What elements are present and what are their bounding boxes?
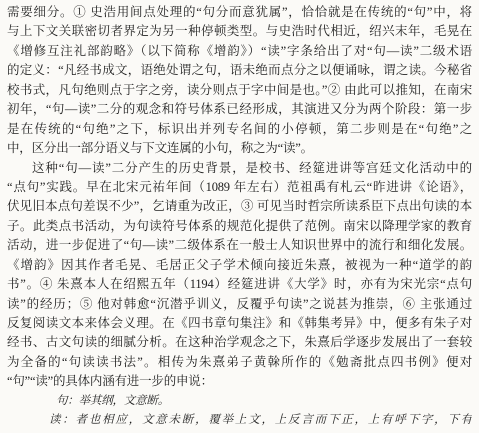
text-line: “句”“读”的具体内涵有进一步的申说： <box>7 372 472 391</box>
text-line: 《增韵》因其作者毛晃、毛居正父子学术倾向接近朱熹，被视为一种“道学的韵 <box>7 256 472 275</box>
text-line: 为全备的“句读读书法”。相传为朱熹弟子黄榦所作的《勉斋批点四书例》便对 <box>7 353 472 372</box>
text-line: 读”的经历；⑤ 他对韩愈“沉潜乎训义，反覆乎句读”之说甚为推崇，⑥ 主张通过 <box>7 295 472 314</box>
text-line: 书”。④ 朱熹本人在绍熙五年（1194）经筵进讲《大学》时，亦有为宋光宗“点句 <box>7 275 472 294</box>
text-line: 反复阅读文本来体会义理。在《四书章句集注》和《韩集考异》中，便多有朱子对 <box>7 314 472 333</box>
text-line: 校书式，凡句绝则点于字之旁，读分则点于字中间是也。”② 由此可以推知，在南宋 <box>7 81 472 100</box>
text-line: 中，区分出一部分语义与下文连属的小句，称之为“读”。 <box>7 139 472 158</box>
quote-line-ju: 句：举其纲，文意断。 <box>7 392 472 411</box>
text-line: 的定义：“凡经书成文，语绝处谓之句，语未绝而点分之以便诵咏，谓之读。今秘省 <box>7 61 472 80</box>
text-line: 《增修互注礼部韵略》（以下简称《增韵》）“读”字条给出了对“句—读”二级术语 <box>7 42 472 61</box>
paragraph-2: 这种“句—读”二分产生的历史背景，是校书、经筵进讲等宫廷文化活动中的 “点句”实… <box>7 159 472 392</box>
text-line: 是在传统的“句绝”之下，标识出并列专名间的小停顿，第二步则是在“句绝”之 <box>7 120 472 139</box>
text-line: “点句”实践。早在北宋元祐年间（1089 年左右）范祖禹有札云“昨进讲《论语》， <box>7 178 472 197</box>
text-line: 与上下文关联密切者界定为另一种停顿类型。与史浩时代相近，绍兴末年，毛晃在 <box>7 22 472 41</box>
text-line: 子。此类点书活动，为句读符号体系的规范化提供了范例。南宋以降理学家的教育 <box>7 217 472 236</box>
scanned-page: 需要细分。① 史浩用间点处理的“句分而意犹属”，恰恰就是在传统的“句”中，将 与… <box>0 0 479 433</box>
text-line: 活动，进一步促进了“句—读”二级体系在一般士人知识世界中的流行和细化发展。 <box>7 236 472 255</box>
quote-line-dou: 读：者也相应，文意未断，覆举上文，上反言而下正，上有呼下字，下有 <box>7 411 472 430</box>
text-line: 经书、古文句读的细腻分析。在这种治学观念之下，朱熹后学逐步发展出了一套较 <box>7 333 472 352</box>
text-line: 这种“句—读”二分产生的历史背景，是校书、经筵进讲等宫廷文化活动中的 <box>7 159 472 178</box>
block-quote: 句：举其纲，文意断。 读：者也相应，文意未断，覆举上文，上反言而下正，上有呼下字… <box>7 392 472 431</box>
text-line: 需要细分。① 史浩用间点处理的“句分而意犹属”，恰恰就是在传统的“句”中，将 <box>7 3 472 22</box>
text-line: 初年，“句—读”二分的观念和符号体系已经形成，其演进又分为两个阶段：第一步 <box>7 100 472 119</box>
text-line: 伏见旧本点句差误不少”，乞请重为改正，③ 可见当时哲宗所读系臣下点出句读的本 <box>7 197 472 216</box>
paragraph-1: 需要细分。① 史浩用间点处理的“句分而意犹属”，恰恰就是在传统的“句”中，将 与… <box>7 3 472 159</box>
